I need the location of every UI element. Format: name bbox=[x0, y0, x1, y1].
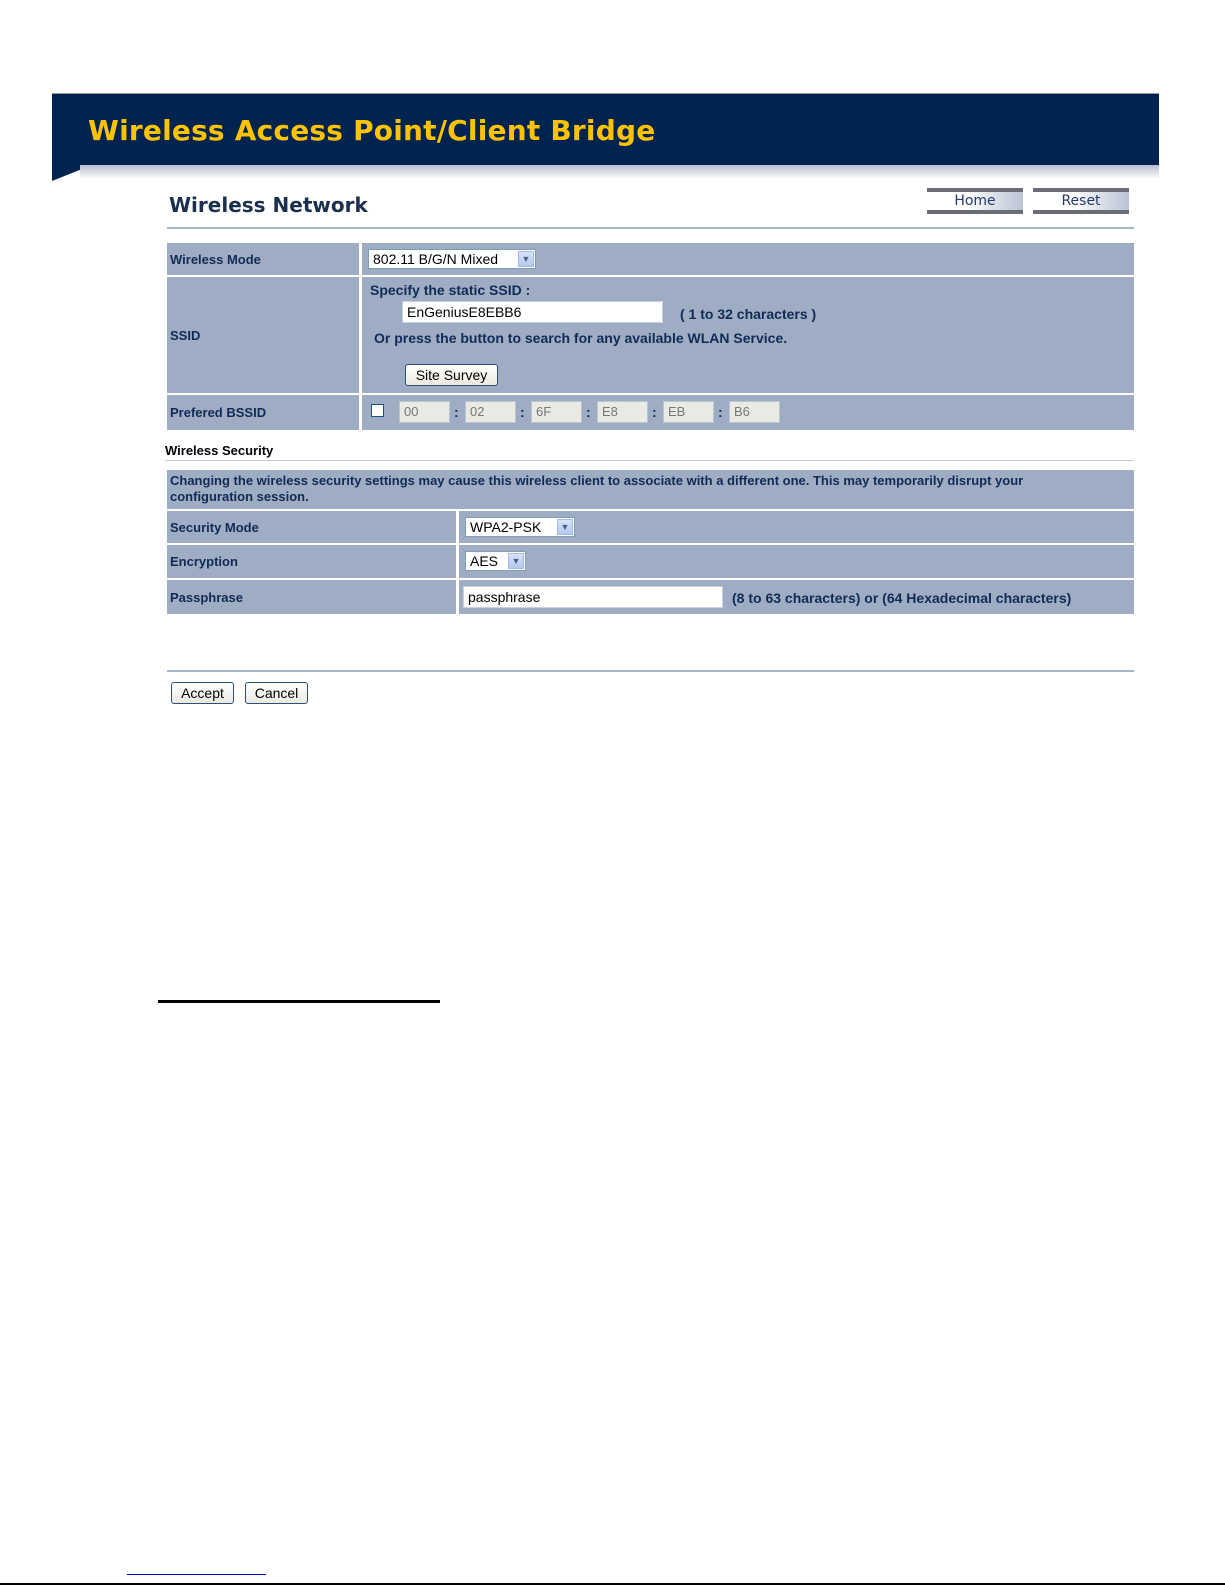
security-mode-label: Security Mode bbox=[167, 511, 459, 543]
passphrase-label: Passphrase bbox=[167, 580, 459, 614]
banner-title: Wireless Access Point/Client Bridge bbox=[88, 114, 655, 147]
wireless-mode-label: Wireless Mode bbox=[167, 243, 362, 275]
ssid-hint: ( 1 to 32 characters ) bbox=[680, 306, 816, 322]
actions-divider bbox=[167, 670, 1134, 672]
security-notice-row: Changing the wireless security settings … bbox=[167, 470, 1134, 509]
page-title: Wireless Network bbox=[169, 193, 368, 217]
banner-shadow bbox=[80, 165, 1159, 179]
security-mode-select[interactable]: WPA2-PSK ▼ bbox=[465, 517, 575, 537]
chevron-down-icon: ▼ bbox=[557, 519, 573, 535]
ssid-input[interactable]: EnGeniusE8EBB6 bbox=[402, 301, 663, 323]
bssid-separator: : bbox=[454, 404, 459, 420]
wireless-mode-select[interactable]: 802.11 B/G/N Mixed ▼ bbox=[368, 249, 536, 269]
wireless-security-divider bbox=[165, 460, 1134, 461]
preferred-bssid-label: Prefered BSSID bbox=[167, 395, 362, 430]
encryption-select[interactable]: AES ▼ bbox=[465, 551, 526, 571]
security-notice: Changing the wireless security settings … bbox=[170, 473, 1094, 505]
bssid-octet-4[interactable]: E8 bbox=[597, 401, 648, 423]
wireless-security-title: Wireless Security bbox=[165, 443, 273, 458]
bssid-separator: : bbox=[586, 404, 591, 420]
site-survey-button[interactable]: Site Survey bbox=[405, 364, 498, 386]
bssid-octet-5[interactable]: EB bbox=[663, 401, 714, 423]
title-divider bbox=[167, 227, 1134, 229]
security-mode-row: Security Mode WPA2-PSK ▼ bbox=[167, 511, 1134, 543]
bssid-octet-2[interactable]: 02 bbox=[465, 401, 516, 423]
preferred-bssid-checkbox[interactable] bbox=[371, 404, 384, 417]
reset-button[interactable]: Reset bbox=[1033, 188, 1129, 214]
encryption-row: Encryption AES ▼ bbox=[167, 545, 1134, 578]
home-button[interactable]: Home bbox=[927, 188, 1023, 214]
banner: Wireless Access Point/Client Bridge bbox=[52, 93, 1159, 166]
security-mode-value: WPA2-PSK bbox=[470, 519, 541, 535]
preferred-bssid-row: Prefered BSSID 00:02:6F:E8:EB:B6 bbox=[167, 395, 1134, 430]
ssid-label: SSID bbox=[167, 277, 362, 393]
passphrase-hint: (8 to 63 characters) or (64 Hexadecimal … bbox=[732, 590, 1071, 606]
passphrase-row: Passphrase passphrase (8 to 63 character… bbox=[167, 580, 1134, 614]
chevron-down-icon: ▼ bbox=[508, 553, 524, 569]
ssid-search-text: Or press the button to search for any av… bbox=[374, 330, 787, 346]
bssid-separator: : bbox=[652, 404, 657, 420]
bssid-separator: : bbox=[520, 404, 525, 420]
wireless-mode-row: Wireless Mode 802.11 B/G/N Mixed ▼ bbox=[167, 243, 1134, 275]
encryption-value: AES bbox=[470, 553, 498, 569]
wireless-mode-value: 802.11 B/G/N Mixed bbox=[373, 251, 498, 267]
chevron-down-icon: ▼ bbox=[518, 251, 534, 267]
footnote-link-rule bbox=[127, 1574, 266, 1575]
bssid-separator: : bbox=[718, 404, 723, 420]
cancel-button[interactable]: Cancel bbox=[245, 682, 308, 704]
document-rule bbox=[158, 1000, 440, 1003]
bssid-octet-3[interactable]: 6F bbox=[531, 401, 582, 423]
encryption-label: Encryption bbox=[167, 545, 459, 578]
ssid-specify-text: Specify the static SSID : bbox=[370, 282, 530, 298]
ssid-row: SSID Specify the static SSID : EnGeniusE… bbox=[167, 277, 1134, 393]
accept-button[interactable]: Accept bbox=[171, 682, 234, 704]
passphrase-input[interactable]: passphrase bbox=[463, 586, 723, 608]
bssid-octet-6[interactable]: B6 bbox=[729, 401, 780, 423]
bssid-octet-1[interactable]: 00 bbox=[399, 401, 450, 423]
